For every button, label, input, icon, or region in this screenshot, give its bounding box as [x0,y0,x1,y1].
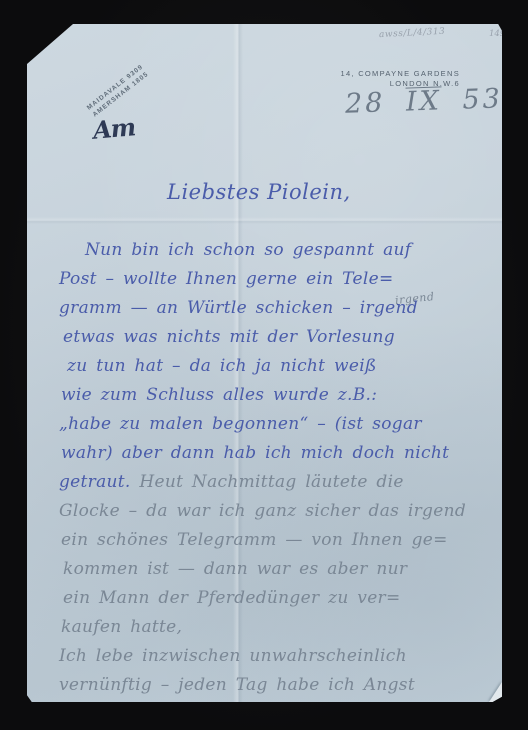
folio-number: 149 [489,29,505,39]
letter-body: Nun bin ich schon so gespannt aufPost – … [59,236,477,700]
letter-text-segment: ein Mann der Pferdedünger zu ver= [63,588,401,608]
letter-text-segment: Ich lebe inzwischen unwahrscheinlich [59,646,407,666]
archive-reference-note: awss/L/4/313 [379,24,499,40]
letter-text-segment: „habe zu malen begonnen“ – (ist sogar [59,414,422,434]
letter-line: Post – wollte Ihnen gerne ein Tele= [59,265,477,294]
letter-line: ein Mann der Pferdedünger zu ver= [63,584,477,613]
letter-line: getraut. Heut Nachmittag läutete die [59,468,477,497]
letter-line: vernünftig – jeden Tag habe ich Angst [59,671,477,700]
letter-line: etwas was nichts mit der Vorlesung [63,323,477,352]
letter-line: Ich lebe inzwischen unwahrscheinlich [59,642,477,671]
letter-line: kommen ist — dann war es aber nur [63,555,477,584]
letter-paper: awss/L/4/313 149 MAIDAVALE 9309 AMERSHAM… [27,24,502,702]
ink-scribble-mark: Am [92,112,136,145]
horizontal-fold-crease [27,217,502,224]
letter-line: kaufen hatte, [61,613,477,642]
letter-text-segment: vernünftig – jeden Tag habe ich Angst [59,675,415,695]
letter-line: wie zum Schluss alles wurde z.B.: [61,381,477,410]
letter-text-segment: zu tun hat – da ich ja nicht weiß [67,356,377,376]
date-year: 53 [462,83,503,115]
letter-text-segment: kaufen hatte, [61,617,182,637]
letter-line: Nun bin ich schon so gespannt auf [85,236,477,265]
date-month: IX [405,86,442,117]
letter-text-segment: wahr) aber dann hab ich mich doch nicht [61,443,449,463]
letter-line: Glocke – da war ich ganz sicher das irge… [59,497,477,526]
letter-text-segment: Nun bin ich schon so gespannt auf [85,240,411,260]
letter-text-segment: Heut Nachmittag läutete die [139,472,403,492]
salutation: Liebstes Piolein, [167,180,351,204]
address-line-1: 14, COMPAYNE GARDENS [341,69,461,79]
letter-text-segment: getraut. [59,472,139,492]
corner-fold [489,682,502,702]
letter-text-segment: Glocke – da war ich ganz sicher das irge… [59,501,466,521]
letter-text-segment: Post – wollte Ihnen gerne ein Tele= [59,269,393,289]
letter-line: ein schönes Telegramm — von Ihnen ge= [61,526,477,555]
letter-line: „habe zu malen begonnen“ – (ist sogar [59,410,477,439]
handwritten-date: 28 IX 53 [345,83,504,119]
date-day: 28 [345,87,386,119]
letter-text-segment: kommen ist — dann war es aber nur [63,559,407,579]
letter-line: wahr) aber dann hab ich mich doch nicht [61,439,477,468]
letter-text-segment: ein schönes Telegramm — von Ihnen ge= [61,530,448,550]
letter-text-segment: etwas was nichts mit der Vorlesung [63,327,395,347]
photo-background: { "colors": { "background": "#0c0c0d", "… [0,0,528,730]
letter-line: gramm — an Würtle schicken – irgend [59,294,477,323]
letter-text-segment: wie zum Schluss alles wurde z.B.: [61,385,377,405]
letter-line: zu tun hat – da ich ja nicht weiß [67,352,477,381]
letter-text-segment: gramm — an Würtle schicken – irgend [59,298,418,318]
